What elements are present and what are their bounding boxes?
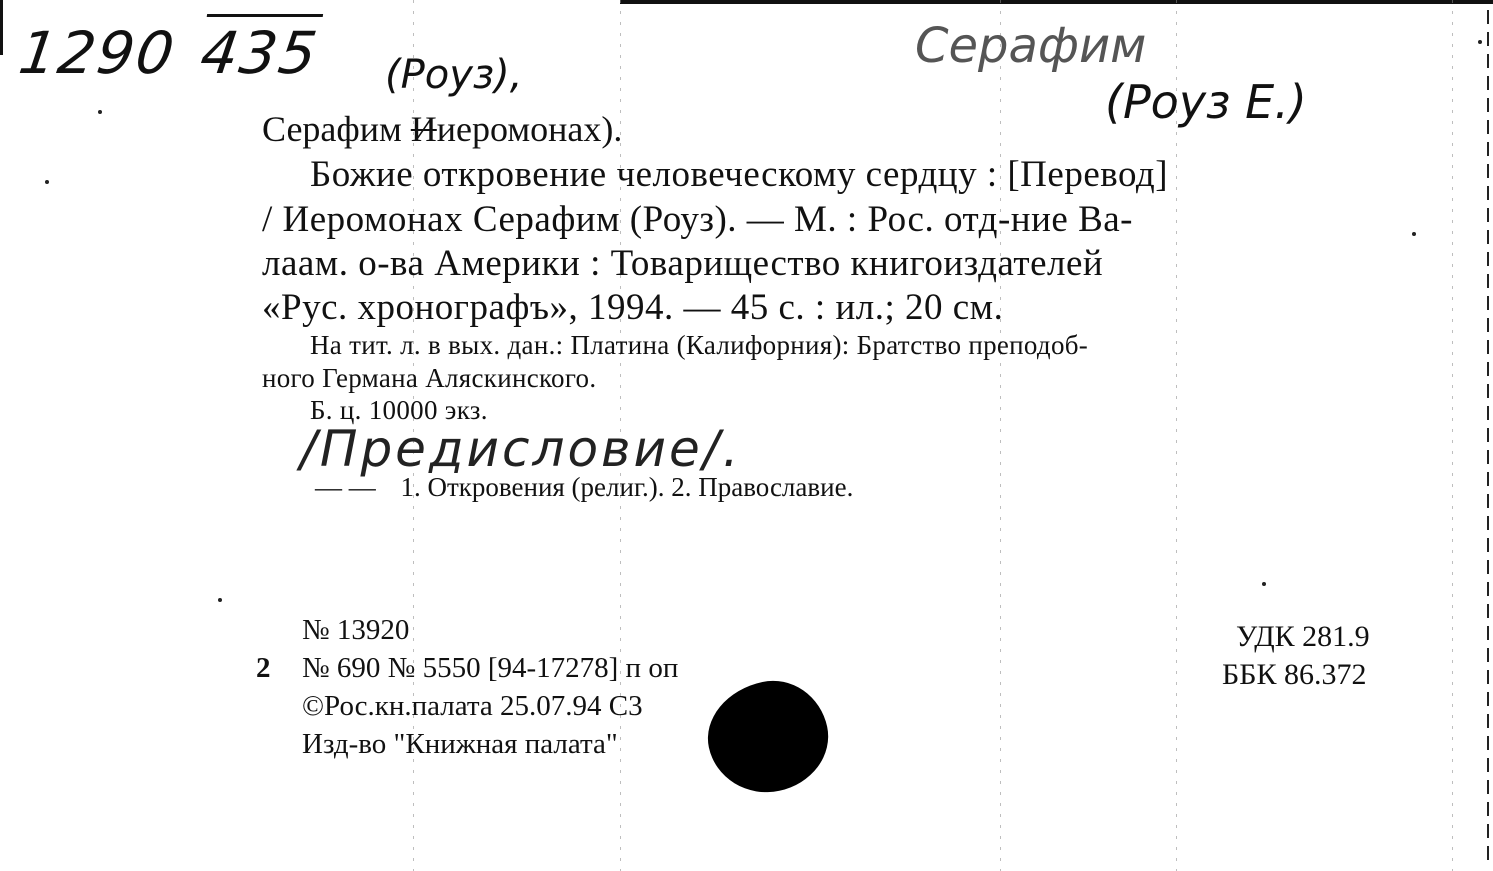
author-heading: Серафим Ииеромонах). (262, 108, 622, 150)
handwritten-alt-heading-name: Серафим (915, 18, 1146, 74)
call-number-part-b: 435 (196, 14, 323, 87)
note-line-1: На тит. л. в вых. дан.: Платина (Калифор… (310, 330, 1088, 361)
handwritten-preface-note: /Предисловие/. (300, 420, 742, 478)
scan-artifact-line (1176, 0, 1177, 871)
subject-dashes: — — (315, 472, 376, 502)
call-number-part-a: 1290 (15, 19, 180, 87)
subject-headings: — — 1. Откровения (религ.). 2. Православ… (315, 472, 853, 503)
bbk-code: ББК 86.372 (1222, 658, 1366, 692)
heading-struck-letter: И (411, 109, 437, 149)
handwritten-alt-heading-sub: (Роуз Е.) (1105, 75, 1307, 129)
card-right-edge (1487, 10, 1489, 860)
heading-end: ). (601, 109, 622, 149)
speck (1478, 40, 1482, 44)
description-line-1: Божие откровение человеческому сердцу : … (310, 153, 1168, 196)
footer-line-4: Изд-во "Книжная палата" (302, 728, 618, 761)
heading-title: иеромонах (437, 109, 602, 149)
copies-count: 2 (256, 652, 271, 685)
udk-code: УДК 281.9 (1236, 620, 1370, 654)
footer-line-2: № 690 № 5550 [94-17278] п оп (302, 652, 678, 685)
description-line-3: лаам. о-ва Америки : Товарищество книгои… (262, 242, 1103, 285)
card-top-border (620, 0, 1493, 4)
card-left-edge (0, 0, 3, 55)
catalog-card: 1290435 (Роуз), Серафим (Роуз Е.) Серафи… (0, 0, 1493, 871)
record-number: № 13920 (302, 614, 409, 647)
scan-artifact-line (1000, 0, 1001, 871)
subject-text: 1. Откровения (религ.). 2. Православие. (401, 472, 854, 502)
ink-blot (698, 671, 838, 804)
description-line-2: / Иеромонах Серафим (Роуз). — М. : Рос. … (262, 198, 1133, 241)
description-line-4: «Рус. хронографъ», 1994. — 45 с. : ил.; … (262, 286, 1003, 329)
speck (218, 598, 222, 602)
note-line-2: ного Германа Аляскинского. (262, 363, 596, 394)
handwritten-surname-note: (Роуз), (385, 52, 522, 98)
handwritten-call-number: 1290435 (15, 14, 324, 87)
speck (1262, 582, 1266, 586)
heading-name: Серафим (262, 109, 402, 149)
footer-line-3: ©Рос.кн.палата 25.07.94 С3 (302, 690, 643, 723)
scan-artifact-line (1452, 0, 1453, 871)
speck (1412, 232, 1416, 236)
speck (45, 180, 49, 184)
speck (98, 110, 102, 114)
